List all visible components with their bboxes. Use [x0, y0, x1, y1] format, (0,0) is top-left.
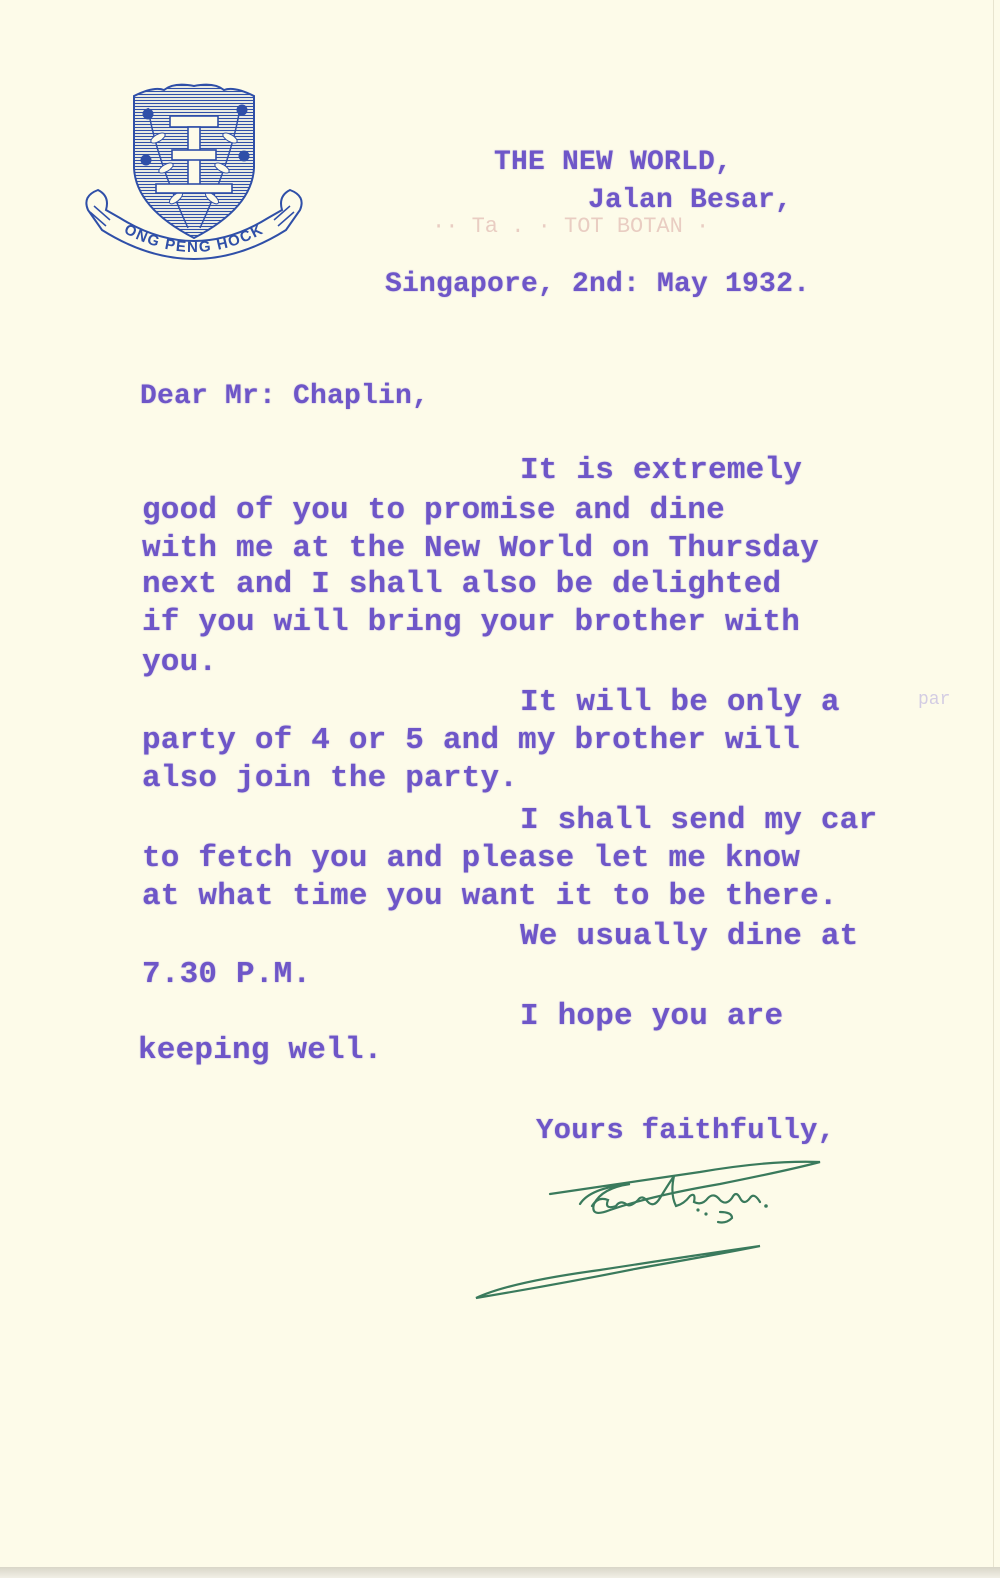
body-line: next and I shall also be delighted — [142, 566, 781, 604]
date-line: Singapore, 2nd: May 1932. — [385, 266, 810, 304]
body-line: We usually dine at — [520, 918, 858, 956]
erased-text-mark: ·· Ta . · TOT BOTAN · — [432, 214, 709, 239]
body-line: I shall send my car — [520, 802, 877, 840]
body-line: keeping well. — [138, 1032, 382, 1070]
body-line: with me at the New World on Thursday — [142, 530, 819, 568]
page-edge-bottom — [0, 1567, 1000, 1578]
body-line: It will be only a — [520, 684, 840, 722]
body-line: party of 4 or 5 and my brother will — [142, 722, 800, 760]
salutation: Dear Mr: Chaplin, — [140, 378, 429, 416]
body-line: 7.30 P.M. — [142, 956, 311, 994]
body-line: I hope you are — [520, 998, 783, 1036]
page-edge-right — [993, 0, 994, 1568]
body-line: to fetch you and please let me know — [142, 840, 800, 878]
body-line: at what time you want it to be there. — [142, 878, 838, 916]
handwritten-signature-icon — [470, 1148, 870, 1308]
body-line: also join the party. — [142, 760, 518, 798]
address-line-1: THE NEW WORLD, — [494, 144, 732, 182]
struck-text-mark: par — [918, 690, 950, 710]
body-line: you. — [142, 644, 217, 682]
body-line: It is extremely — [520, 452, 802, 490]
closing: Yours faithfully, — [536, 1112, 835, 1150]
body-line: if you will bring your brother with — [142, 604, 800, 642]
body-line: good of you to promise and dine — [142, 492, 725, 530]
ong-peng-hock-crest-icon: ONG PENG HOCK — [76, 78, 312, 272]
